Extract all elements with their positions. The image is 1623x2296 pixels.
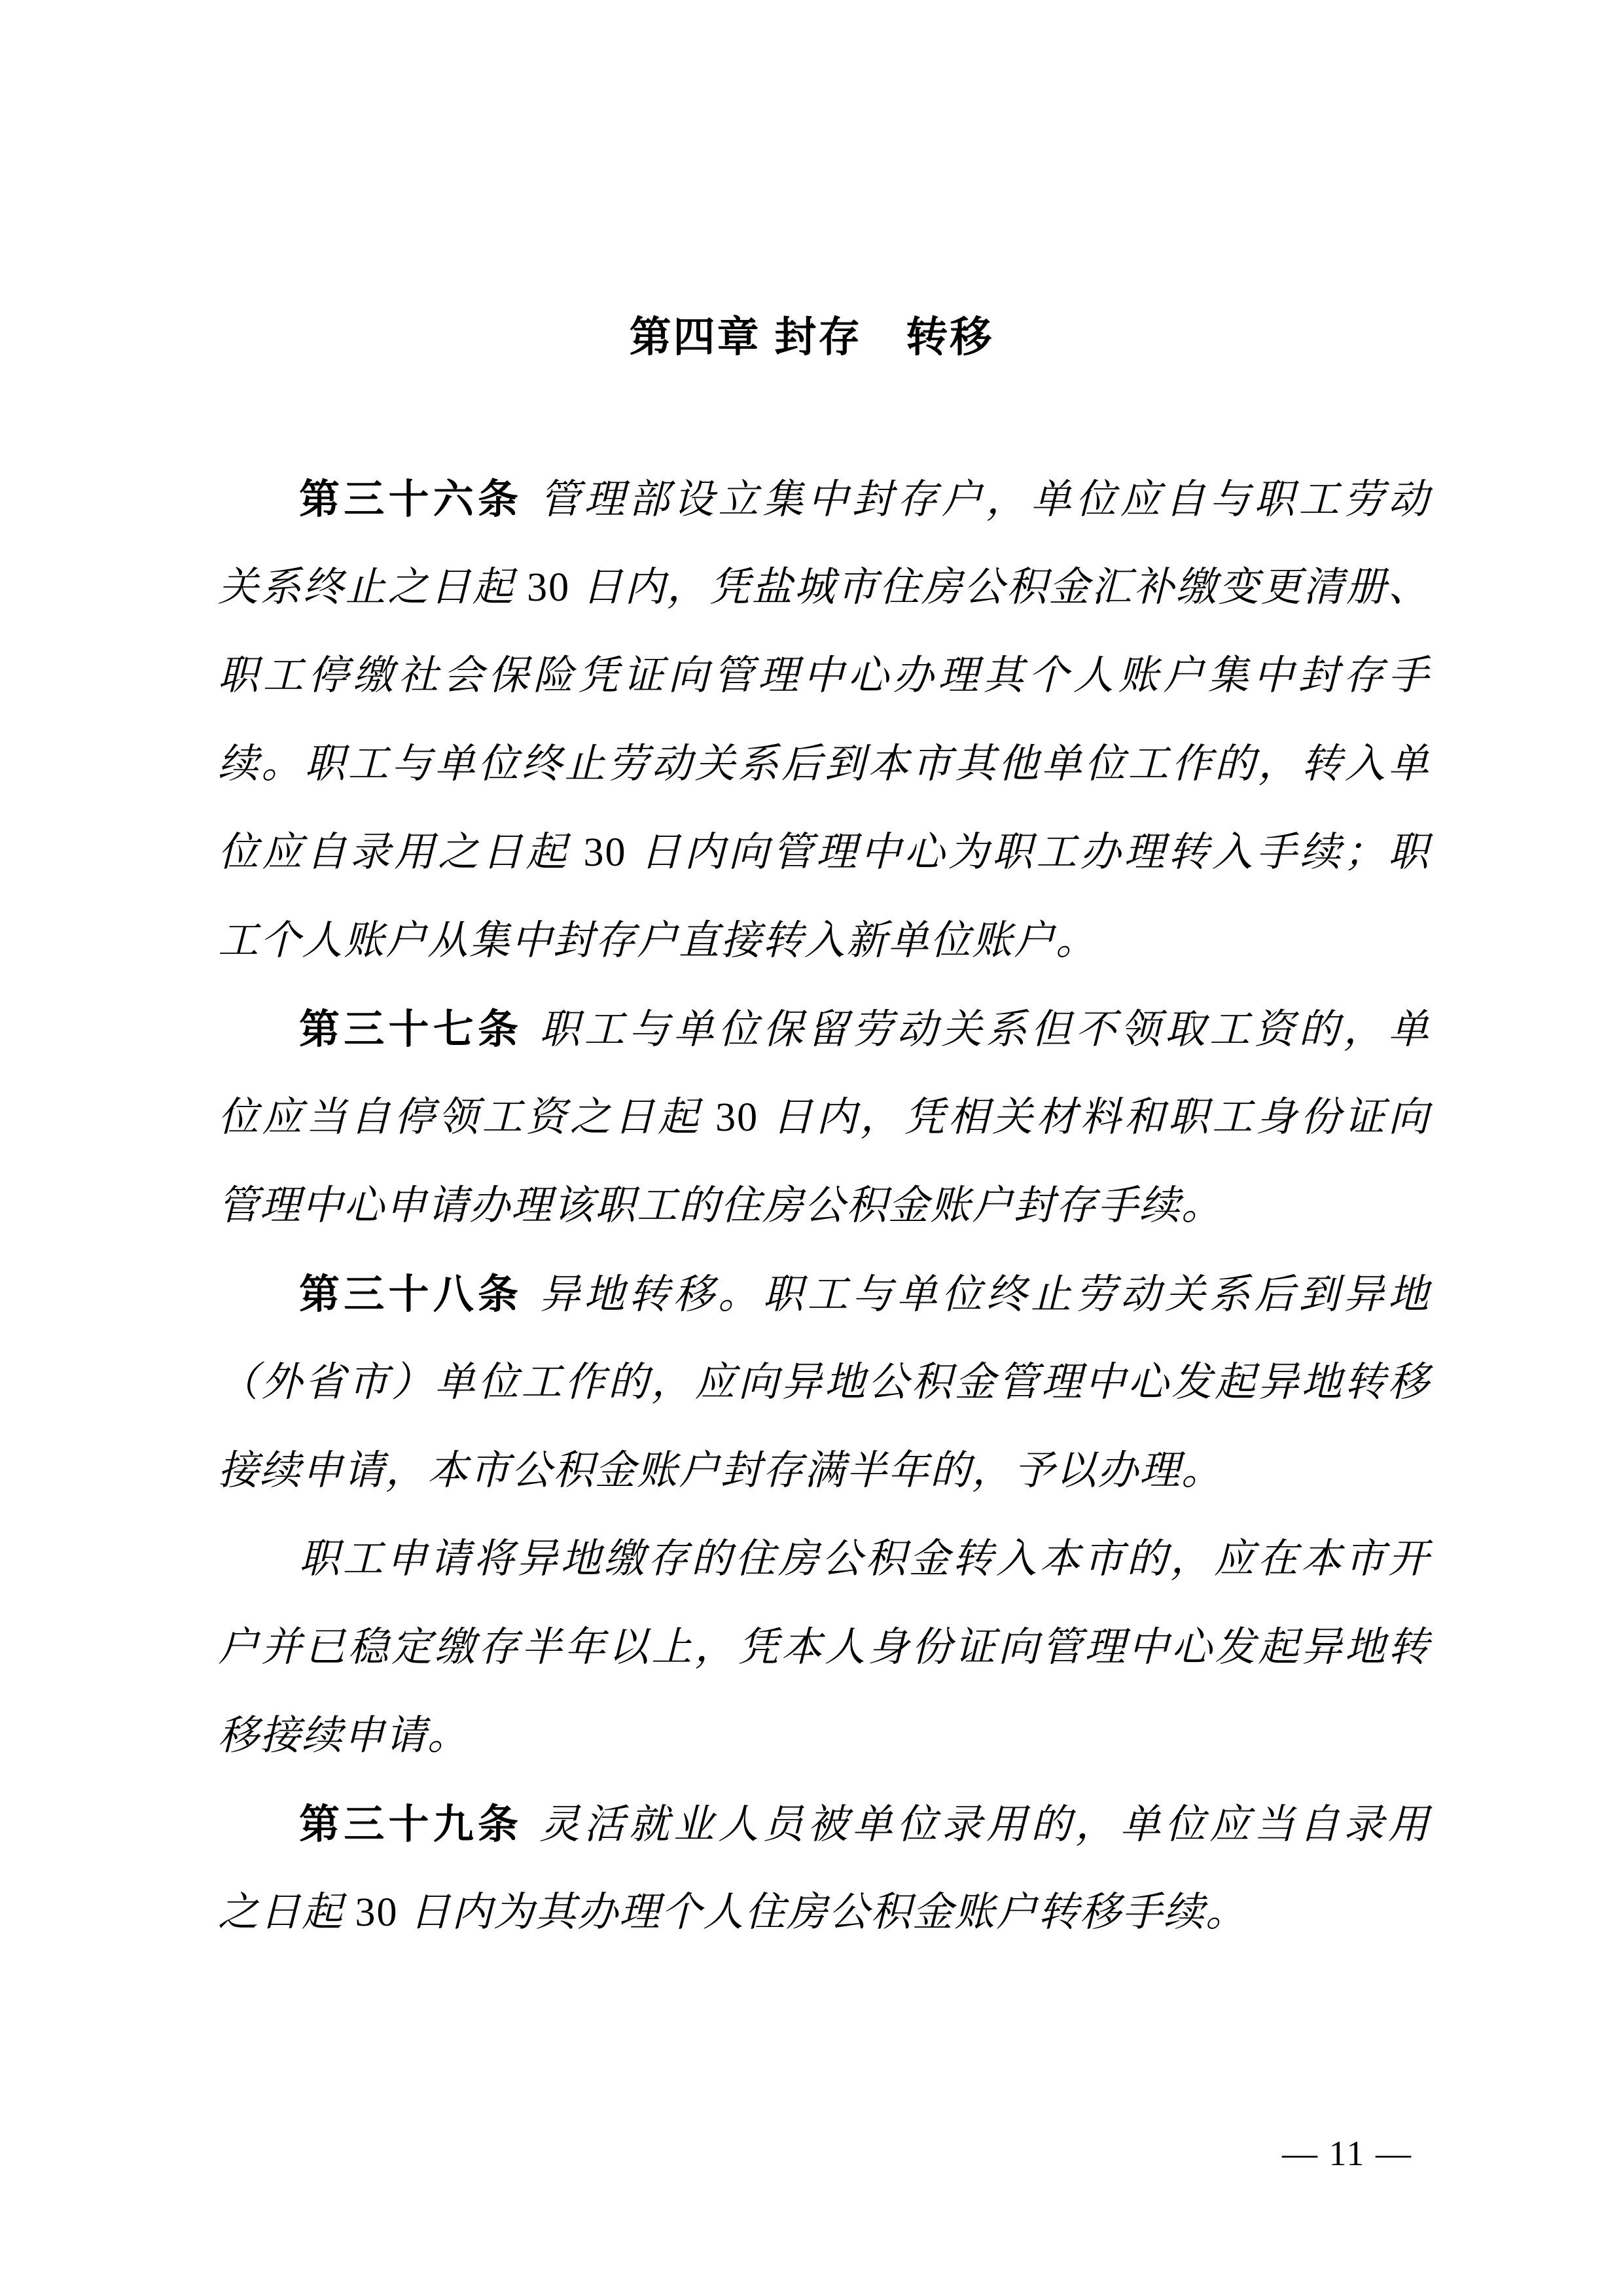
document-body: 第三十六条管理部设立集中封存户，单位应自与职工劳动关系终止之日起 30 日内，凭… — [218, 455, 1430, 1957]
line-text: 管理中心申请办理该职工的住房公积金账户封存手续。 — [218, 1184, 1223, 1228]
text-line: 之日起 30 日内为其办理个人住房公积金账户转移手续。 — [218, 1869, 1430, 1957]
line-text: 工个人账户从集中封存户直接转入新单位账户。 — [218, 919, 1097, 963]
chapter-title: 第四章 封存 转移 — [0, 309, 1623, 364]
line-text: 异地转移。职工与单位终止劳动关系后到异地 — [539, 1273, 1430, 1317]
article-number: 第三十八条 — [299, 1272, 522, 1317]
line-text: 职工停缴社会保险凭证向管理中心办理其个人账户集中封存手 — [218, 654, 1430, 698]
text-line: 工个人账户从集中封存户直接转入新单位账户。 — [218, 897, 1430, 985]
text-line: 关系终止之日起 30 日内，凭盐城市住房公积金汇补缴变更清册、 — [218, 544, 1430, 632]
line-text: 续。职工与单位终止劳动关系后到本市其他单位工作的，转入单 — [218, 742, 1430, 786]
text-line: 职工停缴社会保险凭证向管理中心办理其个人账户集中封存手 — [218, 632, 1430, 720]
line-text: 户并已稳定缴存半年以上，凭本人身份证向管理中心发起异地转 — [218, 1625, 1430, 1670]
line-text: 灵活就业人员被单位录用的，单位应当自录用 — [539, 1803, 1430, 1847]
text-line: 位应当自停领工资之日起 30 日内，凭相关材料和职工身份证向 — [218, 1074, 1430, 1162]
text-line: 第三十六条管理部设立集中封存户，单位应自与职工劳动 — [218, 455, 1430, 544]
text-line: 第三十七条职工与单位保留劳动关系但不领取工资的，单 — [218, 985, 1430, 1074]
number-text: 30 — [715, 1095, 758, 1140]
text-line: 户并已稳定缴存半年以上，凭本人身份证向管理中心发起异地转 — [218, 1604, 1430, 1692]
text-line: 职工申请将异地缴存的住房公积金转入本市的，应在本市开 — [218, 1515, 1430, 1604]
article-number: 第三十六条 — [299, 477, 522, 522]
text-line: 移接续申请。 — [218, 1692, 1430, 1780]
line-text: （外省市）单位工作的，应向异地公积金管理中心发起异地转移 — [218, 1360, 1430, 1405]
text-line: （外省市）单位工作的，应向异地公积金管理中心发起异地转移 — [218, 1339, 1430, 1427]
line-text: 管理部设立集中封存户，单位应自与职工劳动 — [539, 478, 1430, 522]
article-number: 第三十七条 — [299, 1007, 522, 1052]
line-text: 日内向管理中心为职工办理转入手续；职 — [627, 830, 1430, 875]
number-text: 30 — [584, 830, 627, 875]
line-text: 位应当自停领工资之日起 — [218, 1095, 715, 1140]
line-text: 日内为其办理个人住房公积金账户转移手续。 — [399, 1890, 1248, 1935]
line-text: 职工与单位保留劳动关系但不领取工资的，单 — [539, 1008, 1430, 1052]
document-page: 第四章 封存 转移 第三十六条管理部设立集中封存户，单位应自与职工劳动关系终止之… — [0, 0, 1623, 2296]
text-line: 第三十八条异地转移。职工与单位终止劳动关系后到异地 — [218, 1250, 1430, 1339]
text-line: 位应自录用之日起 30 日内向管理中心为职工办理转入手续；职 — [218, 809, 1430, 897]
text-line: 接续申请，本市公积金账户封存满半年的，予以办理。 — [218, 1427, 1430, 1515]
line-text: 位应自录用之日起 — [218, 830, 584, 875]
line-text: 关系终止之日起 — [218, 565, 527, 610]
line-text: 接续申请，本市公积金账户封存满半年的，予以办理。 — [218, 1449, 1223, 1493]
line-text: 之日起 — [218, 1890, 355, 1935]
text-line: 管理中心申请办理该职工的住房公积金账户封存手续。 — [218, 1162, 1430, 1250]
text-line: 续。职工与单位终止劳动关系后到本市其他单位工作的，转入单 — [218, 720, 1430, 809]
line-text: 日内，凭相关材料和职工身份证向 — [758, 1095, 1430, 1140]
line-text: 移接续申请。 — [218, 1714, 469, 1758]
page-number: — 11 — — [1282, 2130, 1412, 2176]
number-text: 30 — [355, 1890, 399, 1935]
text-line: 第三十九条灵活就业人员被单位录用的，单位应当自录用 — [218, 1780, 1430, 1869]
line-text: 日内，凭盐城市住房公积金汇补缴变更清册、 — [570, 565, 1430, 610]
article-number: 第三十九条 — [299, 1802, 522, 1847]
line-text: 职工申请将异地缴存的住房公积金转入本市的，应在本市开 — [299, 1537, 1430, 1581]
number-text: 30 — [527, 565, 570, 610]
